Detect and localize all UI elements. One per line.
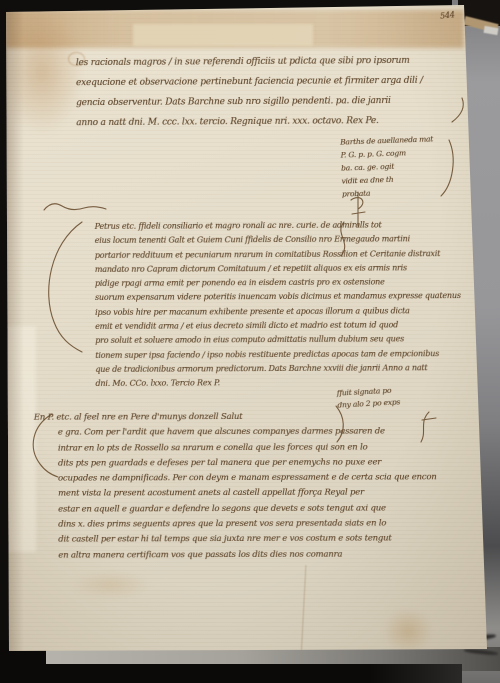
manuscript-photo: 544 les racionals magros / in sue refere… xyxy=(0,0,500,683)
probata-sign-icon xyxy=(351,192,365,226)
squiggle-flourish-icon xyxy=(44,204,106,210)
paragraph-bracket-icon xyxy=(33,414,58,477)
curl-sign-icon xyxy=(341,222,345,256)
pen-flourishes-icon xyxy=(0,0,500,683)
paragraph-bracket-icon xyxy=(49,222,82,352)
manuscript-page: 544 les racionals magros / in sue refere… xyxy=(0,0,500,683)
registration-sign-icon xyxy=(421,412,436,442)
end-swash-icon xyxy=(452,98,463,122)
photo-background-bottom xyxy=(0,664,462,683)
tail-flourish-icon xyxy=(441,140,453,196)
closing-paren-flourish-icon xyxy=(336,406,343,442)
